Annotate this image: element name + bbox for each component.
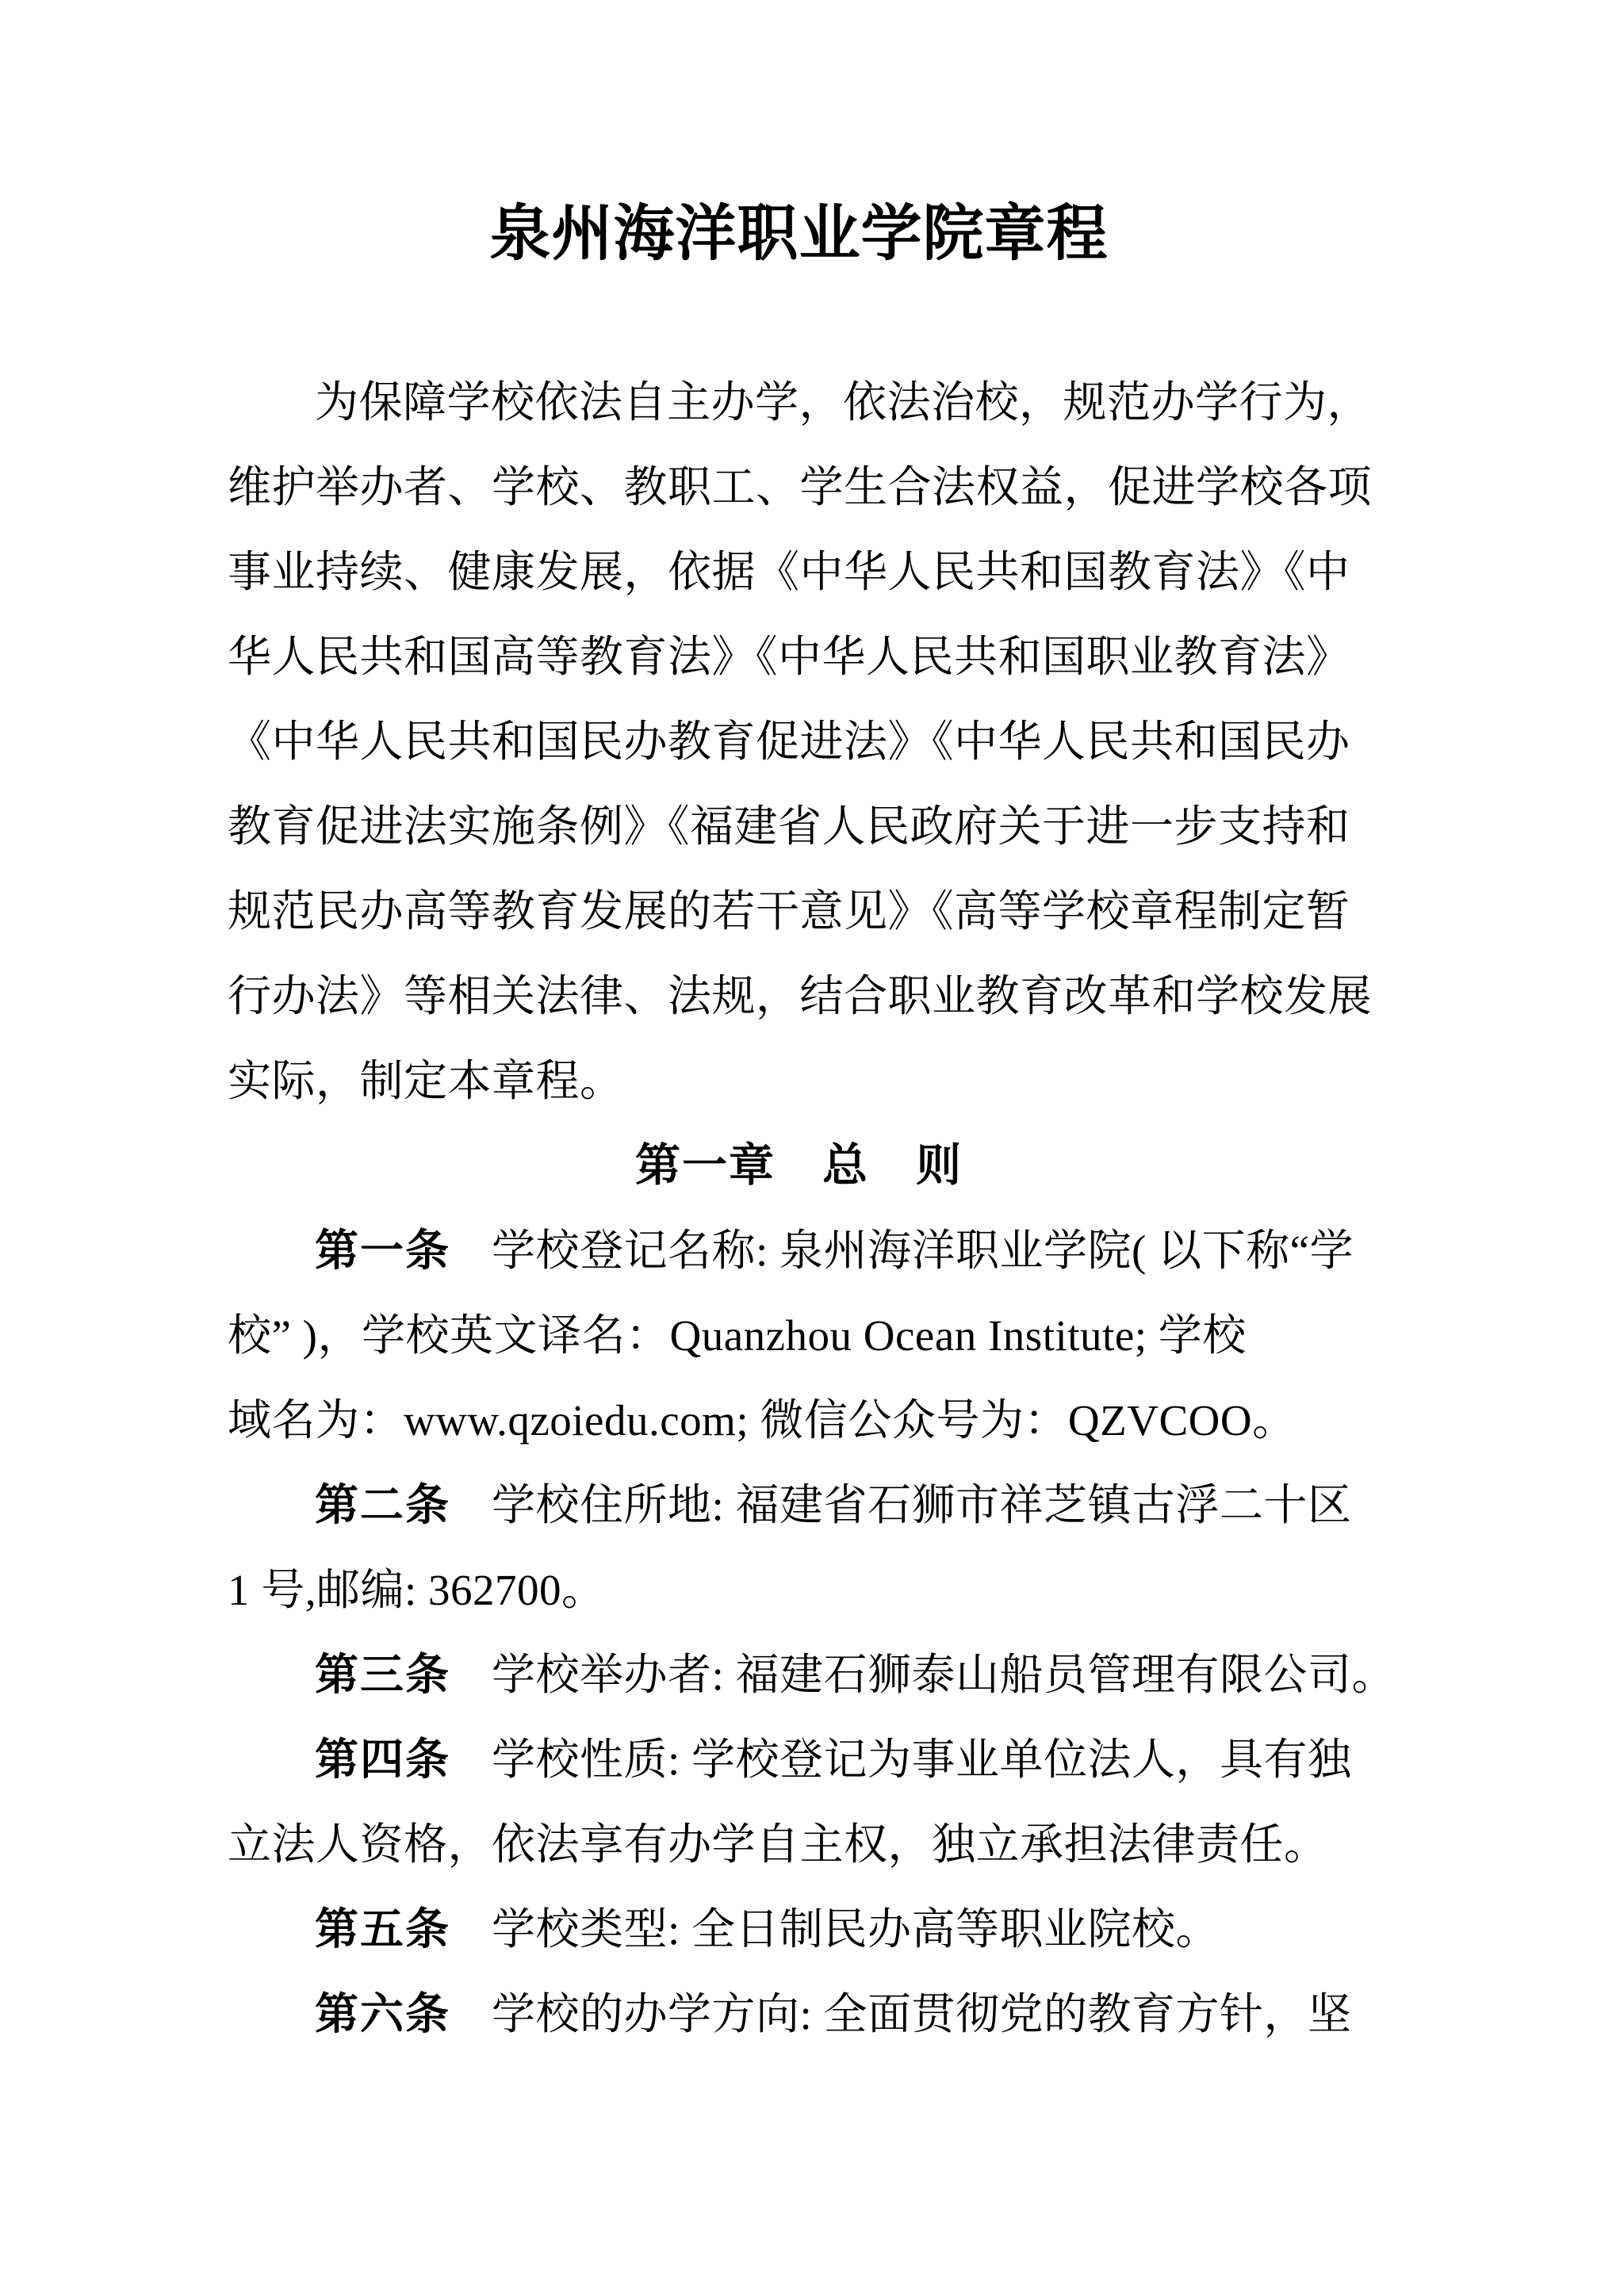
chapter-heading: 第一章 总 则: [228, 1123, 1370, 1208]
article-first-line: 第一条学校登记名称: 泉州海洋职业学院( 以下称“学: [228, 1208, 1370, 1293]
article-text: 学校住所地: 福建省石狮市祥芝镇古浮二十区: [492, 1481, 1352, 1529]
article-2: 第二条学校住所地: 福建省石狮市祥芝镇古浮二十区 1 号,邮编: 362700。: [228, 1463, 1370, 1632]
preamble-line: 规范民办高等教育发展的若干意见》《高等学校章程制定暂: [228, 869, 1370, 954]
article-label: 第四条: [315, 1735, 450, 1784]
article-3: 第三条学校举办者: 福建石狮泰山船员管理有限公司。: [228, 1632, 1370, 1717]
article-first-line: 第三条学校举办者: 福建石狮泰山船员管理有限公司。: [228, 1632, 1370, 1717]
article-line: 域名为：www.qzoiedu.com; 微信公众号为：QZVCOO。: [228, 1378, 1370, 1463]
preamble-line: 《中华人民共和国民办教育促进法》《中华人民共和国民办: [228, 699, 1370, 784]
article-6: 第六条学校的办学方向: 全面贯彻党的教育方针，坚: [228, 1972, 1370, 2057]
article-first-line: 第六条学校的办学方向: 全面贯彻党的教育方针，坚: [228, 1972, 1370, 2057]
article-text: 学校的办学方向: 全面贯彻党的教育方针，坚: [492, 1990, 1352, 2038]
preamble: 为保障学校依法自主办学，依法治校，规范办学行为， 维护举办者、学校、教职工、学生…: [228, 360, 1370, 1123]
article-first-line: 第二条学校住所地: 福建省石狮市祥芝镇古浮二十区: [228, 1463, 1370, 1548]
article-text: 学校性质: 学校登记为事业单位法人，具有独: [492, 1735, 1352, 1784]
article-line: 立法人资格，依法享有办学自主权，独立承担法律责任。: [228, 1802, 1370, 1887]
preamble-line: 事业持续、健康发展，依据《中华人民共和国教育法》《中: [228, 530, 1370, 614]
preamble-line: 为保障学校依法自主办学，依法治校，规范办学行为，: [228, 360, 1370, 445]
article-first-line: 第五条学校类型: 全日制民办高等职业院校。: [228, 1887, 1370, 1972]
document-page: 泉州海洋职业学院章程 为保障学校依法自主办学，依法治校，规范办学行为， 维护举办…: [0, 0, 1624, 2296]
article-5: 第五条学校类型: 全日制民办高等职业院校。: [228, 1887, 1370, 1972]
article-1: 第一条学校登记名称: 泉州海洋职业学院( 以下称“学 校” )，学校英文译名：Q…: [228, 1208, 1370, 1463]
article-label: 第一条: [315, 1226, 450, 1275]
article-label: 第二条: [315, 1480, 450, 1529]
article-label: 第五条: [315, 1904, 450, 1954]
article-text: 学校类型: 全日制民办高等职业院校。: [492, 1905, 1220, 1954]
preamble-line: 实际，制定本章程。: [228, 1039, 1370, 1123]
document-content: 泉州海洋职业学院章程 为保障学校依法自主办学，依法治校，规范办学行为， 维护举办…: [228, 0, 1370, 2057]
preamble-line: 维护举办者、学校、教职工、学生合法权益，促进学校各项: [228, 445, 1370, 530]
article-text: 学校举办者: 福建石狮泰山船员管理有限公司。: [492, 1651, 1396, 1699]
preamble-line: 行办法》等相关法律、法规，结合职业教育改革和学校发展: [228, 954, 1370, 1039]
article-4: 第四条学校性质: 学校登记为事业单位法人，具有独 立法人资格，依法享有办学自主权…: [228, 1717, 1370, 1887]
article-text: 学校登记名称: 泉州海洋职业学院( 以下称“学: [492, 1226, 1354, 1275]
article-line: 1 号,邮编: 362700。: [228, 1548, 1370, 1632]
article-label: 第三条: [315, 1650, 450, 1699]
article-label: 第六条: [315, 1989, 450, 2038]
article-line: 校” )，学校英文译名：Quanzhou Ocean Institute; 学校: [228, 1293, 1370, 1378]
preamble-line: 华人民共和国高等教育法》《中华人民共和国职业教育法》: [228, 614, 1370, 699]
preamble-line: 教育促进法实施条例》《福建省人民政府关于进一步支持和: [228, 784, 1370, 869]
article-first-line: 第四条学校性质: 学校登记为事业单位法人，具有独: [228, 1717, 1370, 1802]
document-title: 泉州海洋职业学院章程: [228, 194, 1370, 274]
